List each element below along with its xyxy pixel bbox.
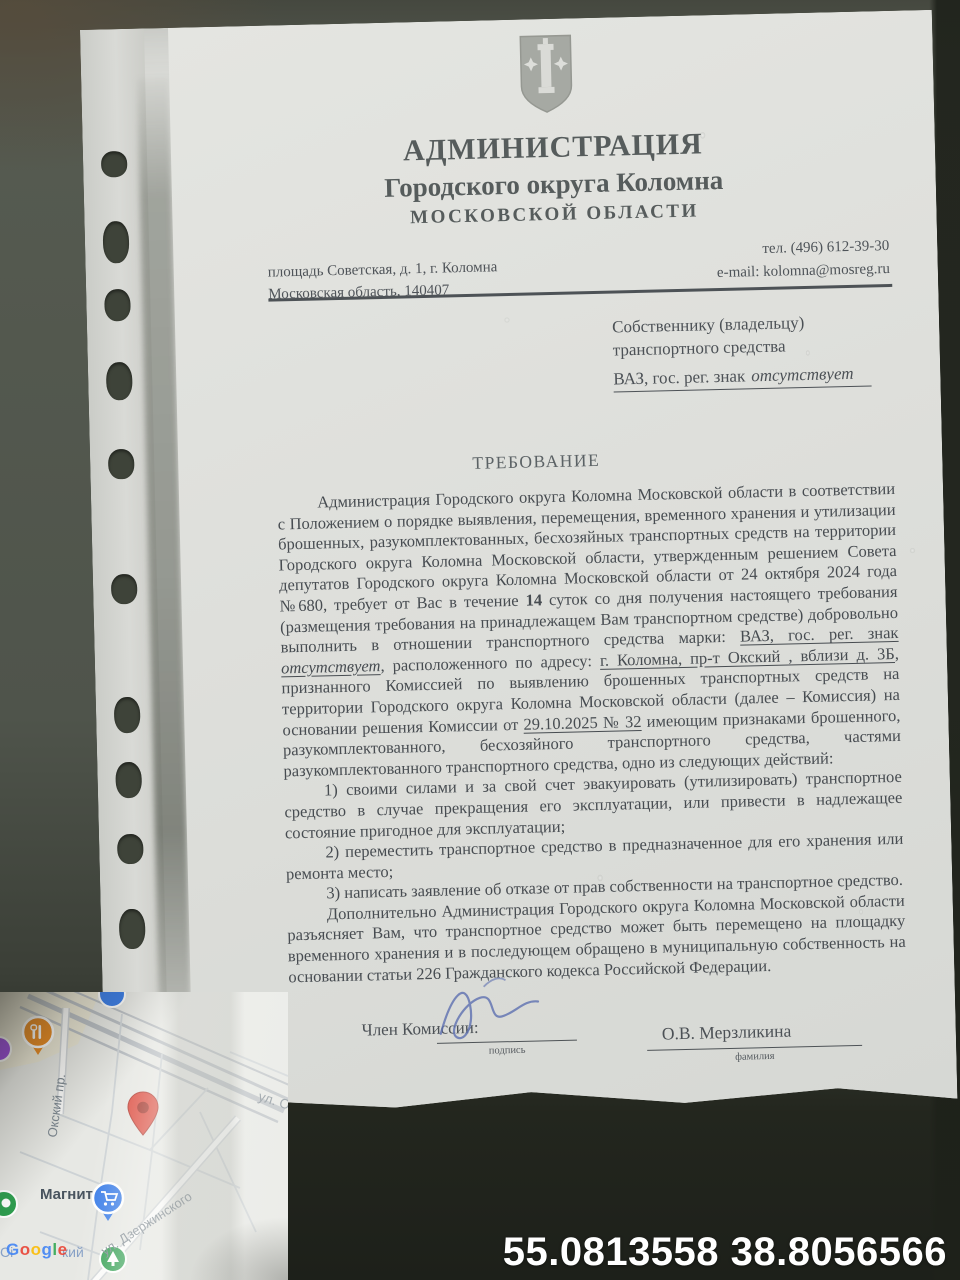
document-paper: АДМИНИСТРАЦИЯ Городского округа Коломна … [168, 10, 958, 1128]
p1-plate-absent: отсутствует [281, 656, 381, 677]
punch-hole [108, 449, 135, 480]
google-letter: o [20, 1240, 31, 1259]
magnit-store-label: Магнит [40, 1186, 93, 1203]
punch-hole [111, 574, 138, 605]
map-graphic [0, 992, 288, 1280]
google-letter: o [31, 1240, 42, 1259]
letterhead-contacts: тел. (496) 612-39-30 e-mail: kolomna@mos… [716, 235, 890, 285]
letterhead-org-name: АДМИНИСТРАЦИЯ Городского округа Коломна … [171, 120, 937, 237]
vehicle-value: отсутствует [745, 364, 854, 386]
gps-coordinates: 55.0813558 38.8056566 [503, 1230, 947, 1275]
p1-days-number: 14 [525, 590, 542, 609]
vehicle-label: ВАЗ, гос. рег. знак [613, 366, 745, 388]
vehicle-id-line: ВАЗ, гос. рег. знакотсутствует [613, 363, 872, 392]
email-line: e-mail: kolomna@mosreg.ru [717, 258, 890, 285]
main-paragraph: Администрация Городского округа Коломна … [277, 479, 902, 782]
punch-hole [114, 697, 141, 734]
punch-hole [103, 221, 130, 264]
google-letter: g [42, 1240, 53, 1259]
signatory-name-caption: фамилия [647, 1049, 862, 1065]
signature-caption: подпись [437, 1044, 577, 1058]
google-letter: e [58, 1240, 68, 1259]
signatory-name: О.В. Мерзликина [662, 1021, 792, 1045]
punch-hole [101, 151, 128, 178]
plastic-sleeve: АДМИНИСТРАЦИЯ Городского округа Коломна … [80, 10, 958, 1130]
addressee-line-2: транспортного средства [612, 334, 805, 362]
punch-hole [115, 762, 142, 799]
p1-vehicle-underlined: ВАЗ, гос. рег. знак [740, 623, 899, 646]
grocery-poi-icon [0, 1191, 17, 1217]
map-inset: Окский пр. ул. Ок ул. Дзержинского Магни… [0, 992, 288, 1280]
p1-decision-date-underlined: 29.10.2025 № 32 [523, 711, 641, 733]
document-title: ТРЕБОВАНИЕ [178, 443, 894, 481]
addressee-block: Собственнику (владельцу) транспортного с… [612, 311, 805, 362]
kolomna-coat-of-arms-icon [516, 32, 576, 115]
punch-hole [117, 834, 144, 865]
punch-hole [104, 289, 131, 322]
closing-paragraph: Дополнительно Администрация Городского о… [287, 891, 907, 988]
google-letter: G [6, 1240, 20, 1259]
document-body: Администрация Городского округа Коломна … [277, 479, 906, 988]
photo-background: АДМИНИСТРАЦИЯ Городского округа Коломна … [0, 0, 960, 1280]
google-logo: Google [6, 1240, 68, 1260]
punch-hole [106, 362, 133, 401]
punch-hole [119, 909, 146, 950]
address-line-2: Московская область, 140407 [268, 278, 498, 305]
